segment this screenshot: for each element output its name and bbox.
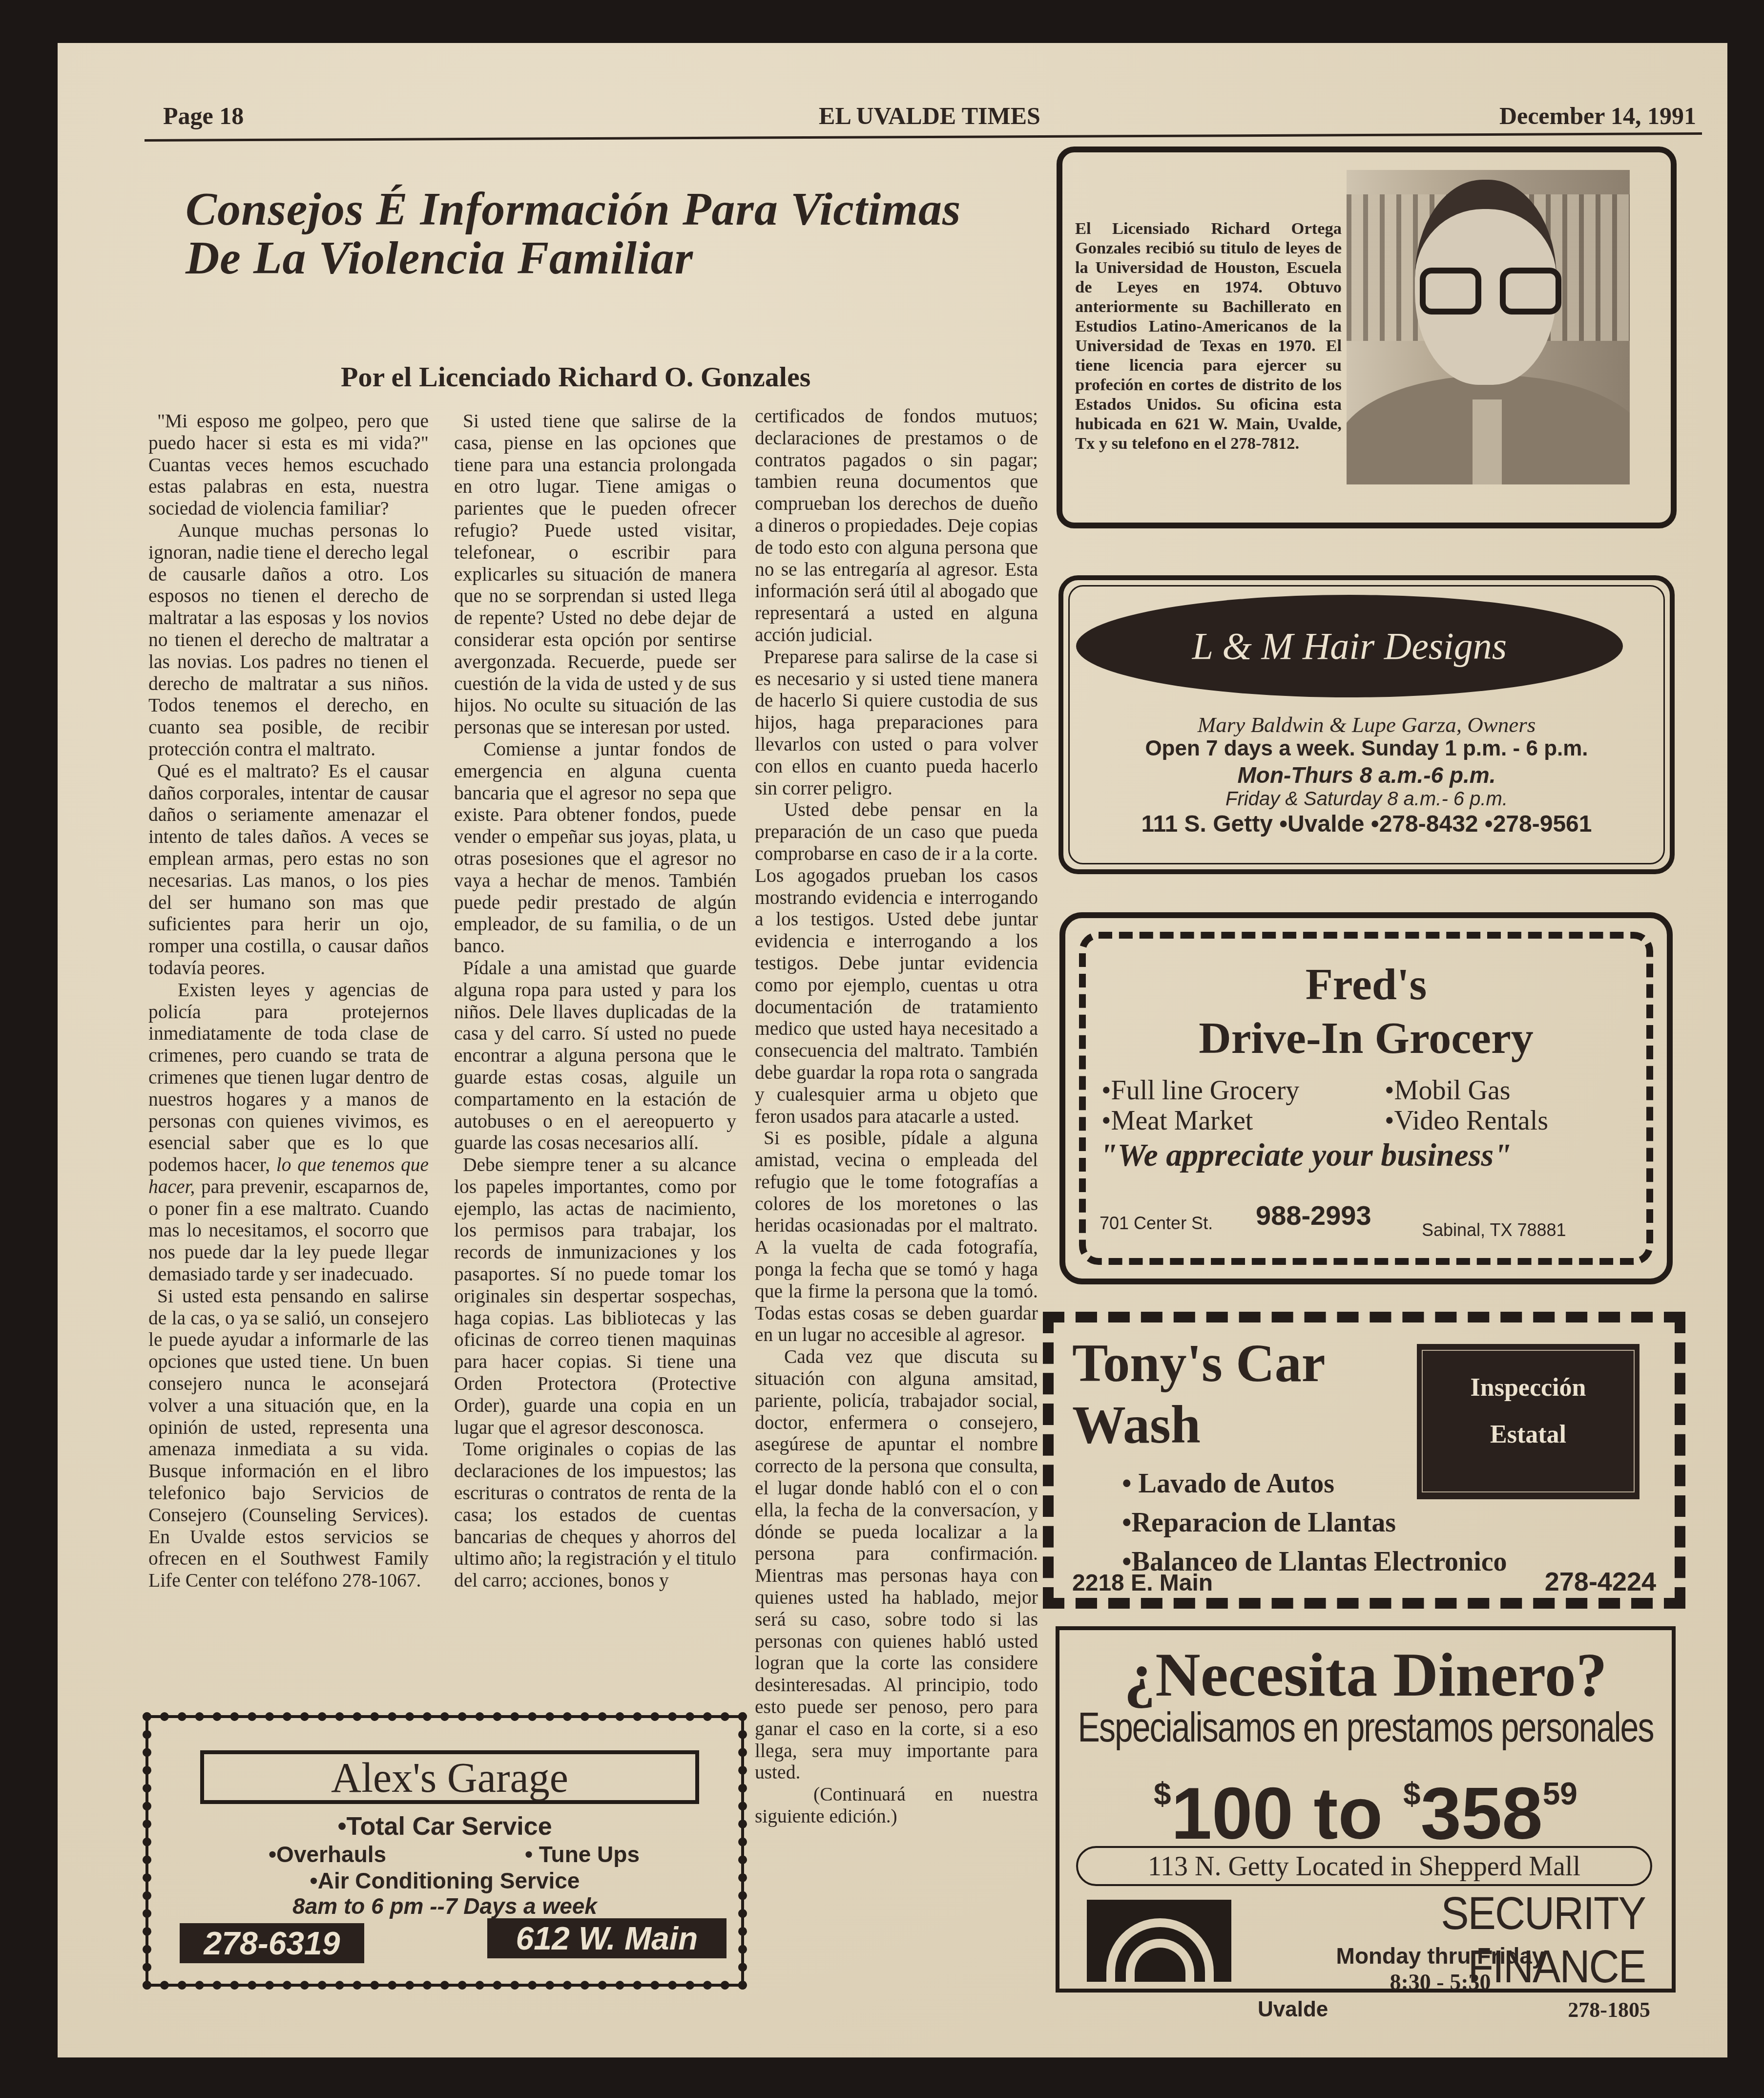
headline-line-1: Consejos É Información Para Victimas: [186, 185, 1064, 233]
paragraph: Si usted tiene que salirse de la casa, p…: [454, 410, 736, 738]
paragraph-text: Existen leyes y agencias de policía para…: [148, 979, 429, 1175]
article-column-2: Si usted tiene que salirse de la casa, p…: [454, 410, 736, 1592]
author-bio-box: El Licensiado Richard Ortega Gonzales re…: [1057, 147, 1677, 528]
alexs-hours: 8am to 6 pm --7 Days a week: [151, 1893, 738, 1919]
ad-tonys-car-wash: Tony's Car Wash Inspección Estatal • Lav…: [1043, 1312, 1685, 1609]
masthead: Page 18 EL UVALDE TIMES December 14, 199…: [163, 102, 1696, 131]
alexs-phone: 278-6319: [180, 1923, 364, 1963]
continued-note: (Continuará en nuestra siguiente edición…: [755, 1783, 1038, 1827]
newspaper-name: EL UVALDE TIMES: [163, 102, 1696, 130]
freds-service: •Mobil Gas: [1385, 1075, 1511, 1106]
alexs-service: • Tune Ups: [525, 1841, 640, 1867]
freds-address: 701 Center St.: [1100, 1213, 1213, 1234]
tonys-address: 2218 E. Main: [1072, 1570, 1213, 1596]
article-column-1: "Mi esposo me golpeo, pero que puedo hac…: [148, 410, 429, 1592]
ad-lm-hair-designs: L & M Hair Designs Mary Baldwin & Lupe G…: [1058, 575, 1675, 874]
alexs-service: •Total Car Service: [151, 1812, 738, 1841]
freds-service: •Full line Grocery: [1101, 1075, 1385, 1106]
paragraph: Si es posible, pídale a alguna amistad, …: [755, 1127, 1038, 1346]
security-headline: ¿Necesita Dinero?: [1059, 1639, 1672, 1711]
tonys-title-line-2: Wash: [1072, 1394, 1326, 1455]
rainbow-arc-logo-icon: [1087, 1900, 1231, 1982]
tonys-phone: 278-4224: [1545, 1567, 1656, 1597]
tonys-services: • Lavado de Autos •Reparacion de Llantas…: [1122, 1464, 1507, 1581]
paragraph: Si usted esta pensando en salirse de la …: [148, 1285, 429, 1592]
freds-services: •Full line Grocery•Mobil Gas •Meat Marke…: [1101, 1075, 1639, 1136]
ad-freds-grocery: Fred's Drive-In Grocery •Full line Groce…: [1059, 912, 1673, 1284]
freds-title-line-2: Drive-In Grocery: [1065, 1011, 1667, 1065]
lm-weekday-hours: Mon-Thurs 8 a.m.-6 p.m.: [1063, 762, 1670, 788]
issue-date: December 14, 1991: [1499, 102, 1696, 130]
badge-line-2: Estatal: [1417, 1420, 1639, 1449]
paragraph: Preparese para salirse de la case si es …: [755, 646, 1038, 799]
security-subheadline: Especialisamos en prestamos personales: [1059, 1703, 1672, 1751]
paragraph: Cada vez que discuta su situación con al…: [755, 1346, 1038, 1783]
price-to-label: to: [1293, 1772, 1403, 1854]
headline-line-2: De La Violencia Familiar: [186, 233, 1064, 282]
lm-owners: Mary Baldwin & Lupe Garza, Owners: [1063, 712, 1670, 737]
badge-line-1: Inspección: [1417, 1373, 1639, 1402]
paragraph: "Mi esposo me golpeo, pero que puedo hac…: [148, 410, 429, 520]
paragraph: Aunque muchas personas lo ignoran, nadie…: [148, 520, 429, 760]
alexs-service: •Air Conditioning Service: [151, 1867, 738, 1894]
article-column-3: certificados de fondos mutuos; declaraci…: [755, 405, 1038, 1827]
masthead-rule: [145, 132, 1702, 142]
lm-open-hours: Open 7 days a week. Sunday 1 p.m. - 6 p.…: [1063, 736, 1670, 761]
portrait-photo-icon: [1347, 170, 1630, 484]
alexs-service-row: •Overhauls • Tune Ups: [269, 1841, 640, 1867]
paragraph: Pídale a una amistad que guarde alguna r…: [454, 957, 736, 1154]
lm-address-phone: 111 S. Getty •Uvalde •278-8432 •278-9561: [1063, 811, 1670, 838]
security-loan-range: $100 to $35859: [1059, 1752, 1672, 1855]
ad-security-finance: ¿Necesita Dinero? Especialisamos en pres…: [1056, 1626, 1676, 1993]
dollar-sign: $: [1154, 1776, 1171, 1811]
freds-title: Fred's Drive-In Grocery: [1065, 957, 1667, 1065]
paragraph: certificados de fondos mutuos; declaraci…: [755, 405, 1038, 646]
security-phone: 278-1805: [1568, 1997, 1650, 2022]
freds-title-line-1: Fred's: [1065, 957, 1667, 1011]
paragraph: Existen leyes y agencias de policía para…: [148, 979, 429, 1285]
paragraph: Usted debe pensar en la preparación de u…: [755, 799, 1038, 1127]
paragraph: Debe siempre tener a su alcance los pape…: [454, 1154, 736, 1438]
security-city: Uvalde: [1258, 1997, 1328, 2022]
paragraph: Qué es el maltrato? Es el causar daños c…: [148, 760, 429, 979]
lm-weekend-hours: Friday & Saturday 8 a.m.- 6 p.m.: [1063, 788, 1670, 810]
freds-city: Sabinal, TX 78881: [1422, 1220, 1566, 1240]
tonys-title-line-1: Tony's Car: [1072, 1332, 1326, 1394]
paragraph: Comiense a juntar fondos de emergencia e…: [454, 738, 736, 957]
price-to: 358: [1420, 1772, 1542, 1854]
dollar-sign: $: [1403, 1776, 1421, 1811]
article-headline: Consejos É Información Para Victimas De …: [186, 185, 1064, 282]
security-location: 113 N. Getty Located in Shepperd Mall: [1076, 1846, 1652, 1886]
author-bio-text: El Licensiado Richard Ortega Gonzales re…: [1075, 219, 1342, 453]
freds-slogan: "We appreciate your business": [1100, 1137, 1512, 1174]
freds-service: •Video Rentals: [1385, 1106, 1548, 1136]
tonys-service: •Reparacion de Llantas: [1122, 1503, 1507, 1542]
freds-phone: 988-2993: [1256, 1199, 1371, 1231]
freds-service: •Meat Market: [1101, 1106, 1385, 1136]
security-days: Monday thru Friday: [1313, 1943, 1567, 1969]
alexs-service: •Overhauls: [269, 1841, 386, 1867]
price-cents: 59: [1543, 1776, 1577, 1811]
price-from: 100: [1171, 1772, 1293, 1854]
article-byline: Por el Licenciado Richard O. Gonzales: [341, 360, 810, 393]
newspaper-page: Page 18 EL UVALDE TIMES December 14, 199…: [58, 43, 1727, 2057]
tonys-service: • Lavado de Autos: [1122, 1464, 1507, 1503]
alexs-address: 612 W. Main: [487, 1918, 726, 1958]
paragraph: Tome originales o copias de las declarac…: [454, 1438, 736, 1592]
alexs-title: Alex's Garage: [200, 1750, 699, 1804]
security-hours: 8:30 - 5:30: [1313, 1969, 1567, 1995]
tonys-title: Tony's Car Wash: [1072, 1332, 1326, 1455]
ad-alexs-garage: Alex's Garage •Total Car Service •Overha…: [143, 1712, 747, 1990]
lm-logo-oval: L & M Hair Designs: [1076, 595, 1623, 697]
